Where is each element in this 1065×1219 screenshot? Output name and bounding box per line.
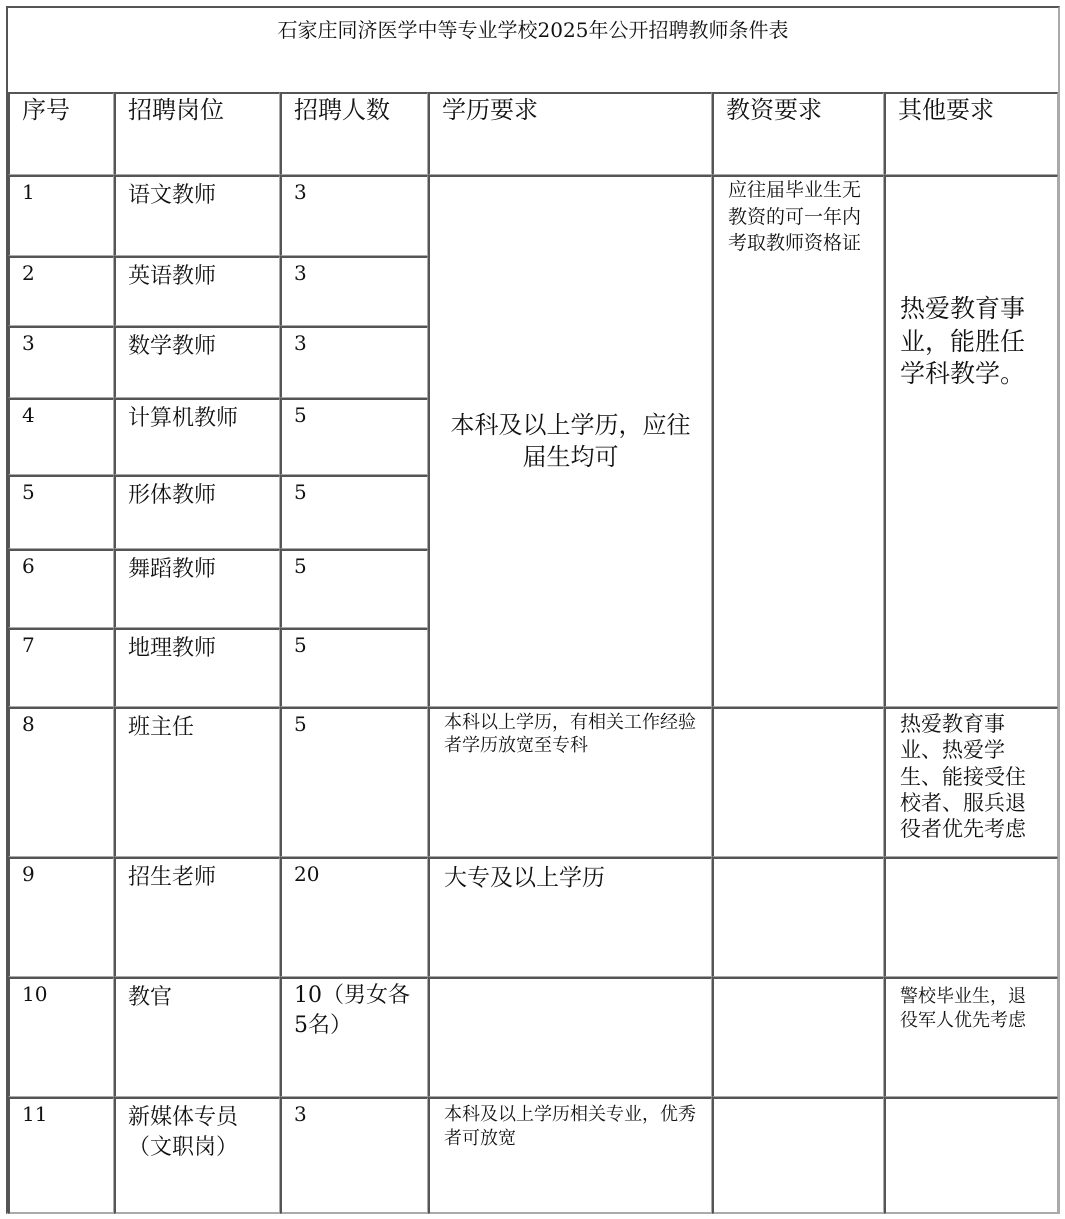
row-10-count: 10（男女各5名） [280,977,428,1097]
row-3-position: 数学教师 [114,326,280,398]
row-9-no: 9 [8,857,114,977]
row-8-position: 班主任 [114,707,280,857]
table-title: 石家庄同济医学中等专业学校2025年公开招聘教师条件表 [8,8,1058,92]
merged-certificate: 应往届毕业生无教资的可一年内考取教师资格证 [712,175,884,707]
merged-education: 本科及以上学历，应往届生均可 [428,175,712,707]
row-8-count: 5 [280,707,428,857]
row-6-no: 6 [8,549,114,628]
row-10-education [428,977,712,1097]
row-2-count: 3 [280,256,428,326]
row-6-position: 舞蹈教师 [114,549,280,628]
row-6-count: 5 [280,549,428,628]
row-7-position: 地理教师 [114,628,280,707]
merged-other-text: 热爱教育事业，能胜任学科教学。 [900,294,1025,388]
row-4-count: 5 [280,398,428,475]
row-9-certificate [712,857,884,977]
header-certificate: 教资要求 [712,92,884,175]
header-no: 序号 [8,92,114,175]
row-1-position: 语文教师 [114,175,280,256]
header-position: 招聘岗位 [114,92,280,175]
row-3-count: 3 [280,326,428,398]
row-7-count: 5 [280,628,428,707]
row-10-certificate [712,977,884,1097]
row-11-certificate [712,1097,884,1214]
row-3-no: 3 [8,326,114,398]
merged-certificate-text: 应往届毕业生无教资的可一年内考取教师资格证 [728,179,861,254]
row-11-position: 新媒体专员（文职岗） [114,1097,280,1214]
row-9-education: 大专及以上学历 [428,857,712,977]
row-4-position: 计算机教师 [114,398,280,475]
merged-other: 热爱教育事业，能胜任学科教学。 [884,175,1058,707]
row-11-education: 本科及以上学历相关专业，优秀者可放宽 [428,1097,712,1214]
row-9-other [884,857,1058,977]
row-2-no: 2 [8,256,114,326]
row-10-other: 警校毕业生，退役军人优先考虑 [884,977,1058,1097]
row-11-count: 3 [280,1097,428,1214]
row-7-no: 7 [8,628,114,707]
merged-education-text: 本科及以上学历，应往届生均可 [448,410,693,472]
header-other: 其他要求 [884,92,1058,175]
row-9-position: 招生老师 [114,857,280,977]
row-8-no: 8 [8,707,114,857]
row-11-other [884,1097,1058,1214]
row-10-position: 教官 [114,977,280,1097]
header-count: 招聘人数 [280,92,428,175]
header-education: 学历要求 [428,92,712,175]
row-1-count: 3 [280,175,428,256]
recruitment-table: 石家庄同济医学中等专业学校2025年公开招聘教师条件表 序号 招聘岗位 招聘人数… [6,6,1060,1214]
row-5-count: 5 [280,475,428,549]
row-2-position: 英语教师 [114,256,280,326]
row-8-other: 热爱教育事业、热爱学生、能接受住校者、服兵退役者优先考虑 [884,707,1058,857]
row-5-no: 5 [8,475,114,549]
row-8-certificate [712,707,884,857]
row-1-no: 1 [8,175,114,256]
row-9-count: 20 [280,857,428,977]
row-8-education: 本科以上学历，有相关工作经验者学历放宽至专科 [428,707,712,857]
row-10-no: 10 [8,977,114,1097]
row-11-no: 11 [8,1097,114,1214]
row-5-position: 形体教师 [114,475,280,549]
row-4-no: 4 [8,398,114,475]
